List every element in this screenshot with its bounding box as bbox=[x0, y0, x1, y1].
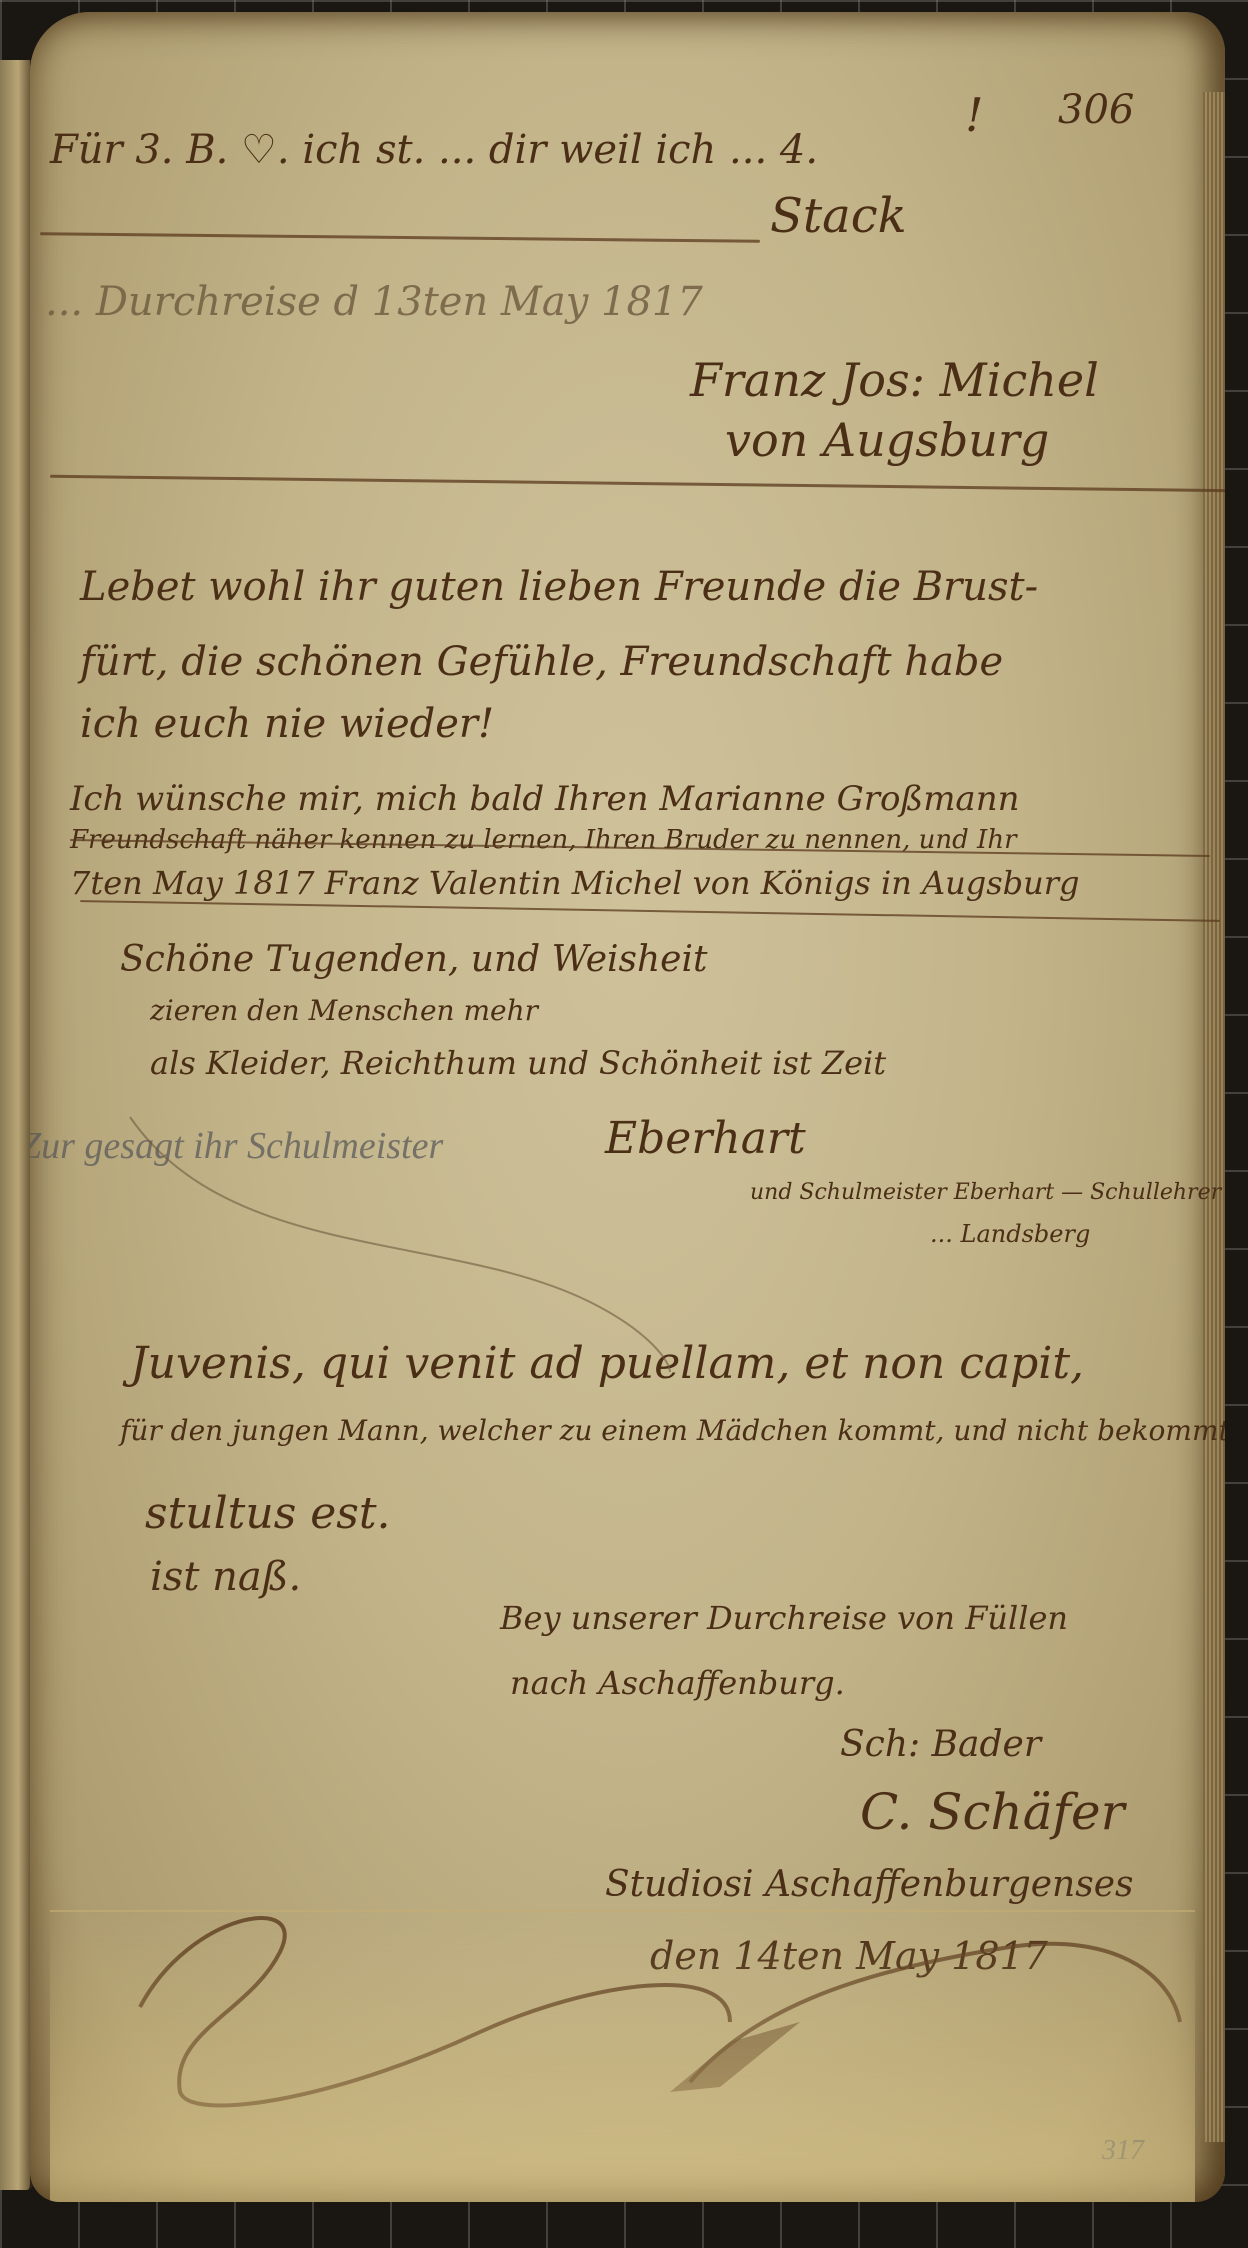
flourish-bottom bbox=[30, 12, 1225, 2202]
manuscript-page: 306 ! Für 3. B. ♡. ich st. ... dir weil … bbox=[30, 12, 1225, 2202]
entry-7-date: den 14ten May 1817 bbox=[650, 1937, 1048, 1975]
page-number-bottom: 317 bbox=[1102, 2137, 1144, 2165]
facing-page-edge bbox=[0, 60, 33, 2190]
